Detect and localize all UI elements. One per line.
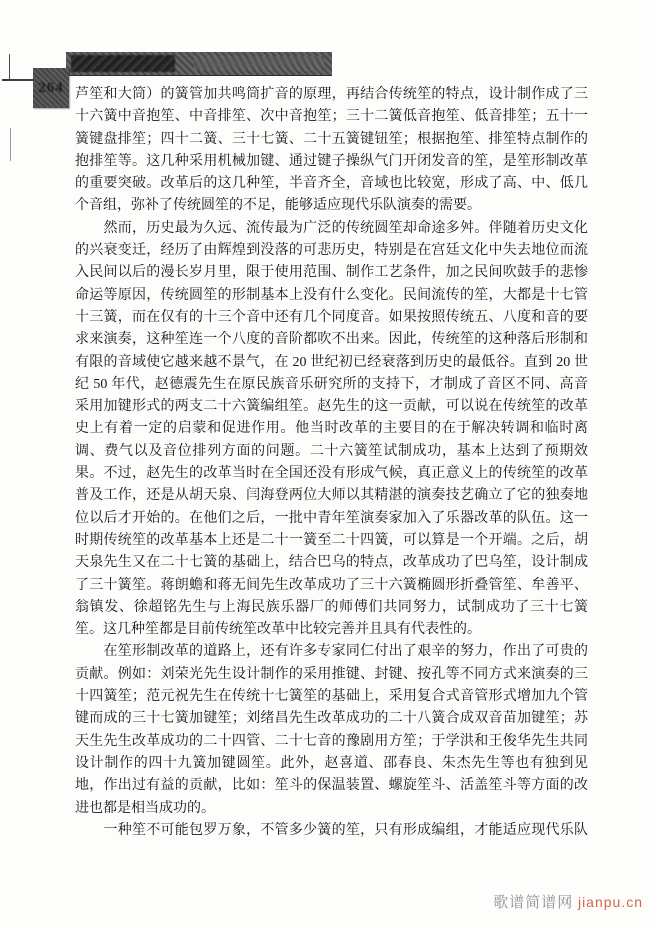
text-line: 的重要突破。改革后的这几种笙，半音齐全，音域也比较宽，形成了高、中、低几 (75, 173, 588, 195)
text-line: 在笙形制改革的道路上，还有许多专家同仁付出了艰辛的努力，作出了可贵的 (75, 641, 588, 663)
crop-mark-vertical-2 (10, 128, 11, 161)
body-text: 芦笙和大筒）的簧管加共鸣筒扩音的原理，再结合传统笙的特点，设计制作成了三 十六簧… (75, 84, 588, 842)
text-line: 芦笙和大筒）的簧管加共鸣筒扩音的原理，再结合传统笙的特点，设计制作成了三 (75, 84, 588, 106)
text-line: 普及工作，还是从胡天泉、闫海登两位大师以其精湛的演奏技艺确立了它的独奏地 (75, 485, 588, 507)
text-line: 十四簧笙；范元祝先生在传统十七簧笙的基础上，采用复合式音管形式增加九个管 (75, 686, 588, 708)
text-line: 有限的音域使它越来越不景气，在 20 世纪初已经衰落到历史的最低谷。直到 20 … (75, 352, 588, 374)
crop-mark-vertical (9, 54, 10, 81)
text-line: 纪 50 年代，赵德震先生在原民族音乐研究所的支持下，才制成了音区不同、高音 (75, 374, 588, 396)
text-line: 个音组，弥补了传统圆笙的不足，能够适应现代乐队演奏的需要。 (75, 195, 588, 217)
text-line: 天生先生改革成功的二十四管、二十七音的豫剧用方笙；于学洪和王俊华先生共同 (75, 731, 588, 753)
scanned-book-page: { "page": { "number": "264" }, "document… (0, 0, 655, 928)
header-band-texture (194, 56, 324, 71)
text-line: 翁镇发、徐超铭先生与上海民族乐器厂的师傅们共同努力，试制成功了三十七簧 (75, 597, 588, 619)
text-line: 时期传统笙的改革基本上还是二十一簧至二十四簧，可以算是一个开端。之后，胡 (75, 530, 588, 552)
text-line: 抱排笙等。这几种采用机械加键、通过键子操纵气门开闭发音的笙，是笙形制改革 (75, 151, 588, 173)
text-line: 地，作出过有益的贡献，比如：笙斗的保温装置、螺旋笙斗、活盖笙斗等方面的改 (75, 775, 588, 797)
text-line: 设计制作的四十九簧加键圆笙。此外，赵喜道、邵春良、朱杰先生等也有独到见 (75, 753, 588, 775)
text-line: 簧键盘排笙；四十二簧、三十七簧、二十五簧键钮笙；根据抱笙、排笙特点制作的 (75, 129, 588, 151)
text-line: 笙。这几种笙都是目前传统笙改革中比较完善并且具有代表性的。 (75, 619, 588, 641)
text-line: 贡献。例如：刘荣光先生设计制作的采用推键、封键、按孔等不同方式来演奏的三 (75, 664, 588, 686)
text-line: 位以后才开始的。在他们之后，一批中青年笙演奏家加入了乐器改革的队伍。这一 (75, 508, 588, 530)
text-line: 键而成的三十七簧加键笙；刘绪昌先生改革成功的二十八簧合成双音苗加键笙；苏 (75, 708, 588, 730)
page-number-block: 264 (33, 68, 69, 108)
text-line: 求来演奏，这种笙连一个八度的音阶都吹不出来。因此，传统笙的这种落后形制和 (75, 329, 588, 351)
text-line: 果。不过，赵先生的改革当时在全国还没有形成气候，真正意义上的传统笙的改革 (75, 463, 588, 485)
text-line: 十三簧，而在仅有的十三个音中还有几个同度音。如果按照传统五、八度和音的要 (75, 307, 588, 329)
text-line: 调、费气以及音位排列方面的问题。二十六簧笙试制成功，基本上达到了预期效 (75, 441, 588, 463)
text-line: 命运等原因，传统圆笙的形制基本上没有什么变化。民间流传的笙，大都是十七管 (75, 285, 588, 307)
text-line: 的兴衰变迁，经历了由辉煌到没落的可悲历史，特别是在宫廷文化中失去地位而流 (75, 240, 588, 262)
text-line: 进也都是相当成功的。 (75, 798, 588, 820)
chapter-title-illegible (71, 55, 175, 72)
crop-mark-horizontal (2, 79, 35, 81)
text-line: 一种笙不可能包罗万象，不管多少簧的笙，只有形成编组，才能适应现代乐队 (75, 820, 588, 842)
watermark: 歌谱简谱网 jianpu.cn (493, 891, 643, 912)
text-line: 了三十簧笙。蒋朗蟾和蒋无间先生改革成功了三十六簧椭圆形折叠管笙、牟善平、 (75, 575, 588, 597)
text-line: 史上有着一定的启蒙和促进作用。他当时改革的主要目的在于解决转调和临时离 (75, 418, 588, 440)
text-line: 入民间以后的漫长岁月里，限于使用范围、制作工艺条件，加之民间吹鼓手的悲惨 (75, 262, 588, 284)
text-line: 天泉先生又在二十七簧的基础上，结合巴乌的特点，改革成功了巴乌笙，设计制成 (75, 552, 588, 574)
page-number: 264 (38, 80, 64, 97)
text-line: 然而，历史最为久远、流传最为广泛的传统圆笙却命途多舛。伴随着历史文化 (75, 218, 588, 240)
watermark-site-url: jianpu.cn (578, 894, 643, 910)
text-line: 采用加键形式的两支二十六簧编组笙。赵先生的这一贡献，可以说在传统笙的改革 (75, 396, 588, 418)
watermark-site-name: 歌谱简谱网 (493, 895, 573, 911)
chapter-header-band (66, 52, 332, 75)
text-line: 十六簧中音抱笙、中音排笙、次中音抱笙；三十二簧低音抱笙、低音排笙；五十一 (75, 106, 588, 128)
